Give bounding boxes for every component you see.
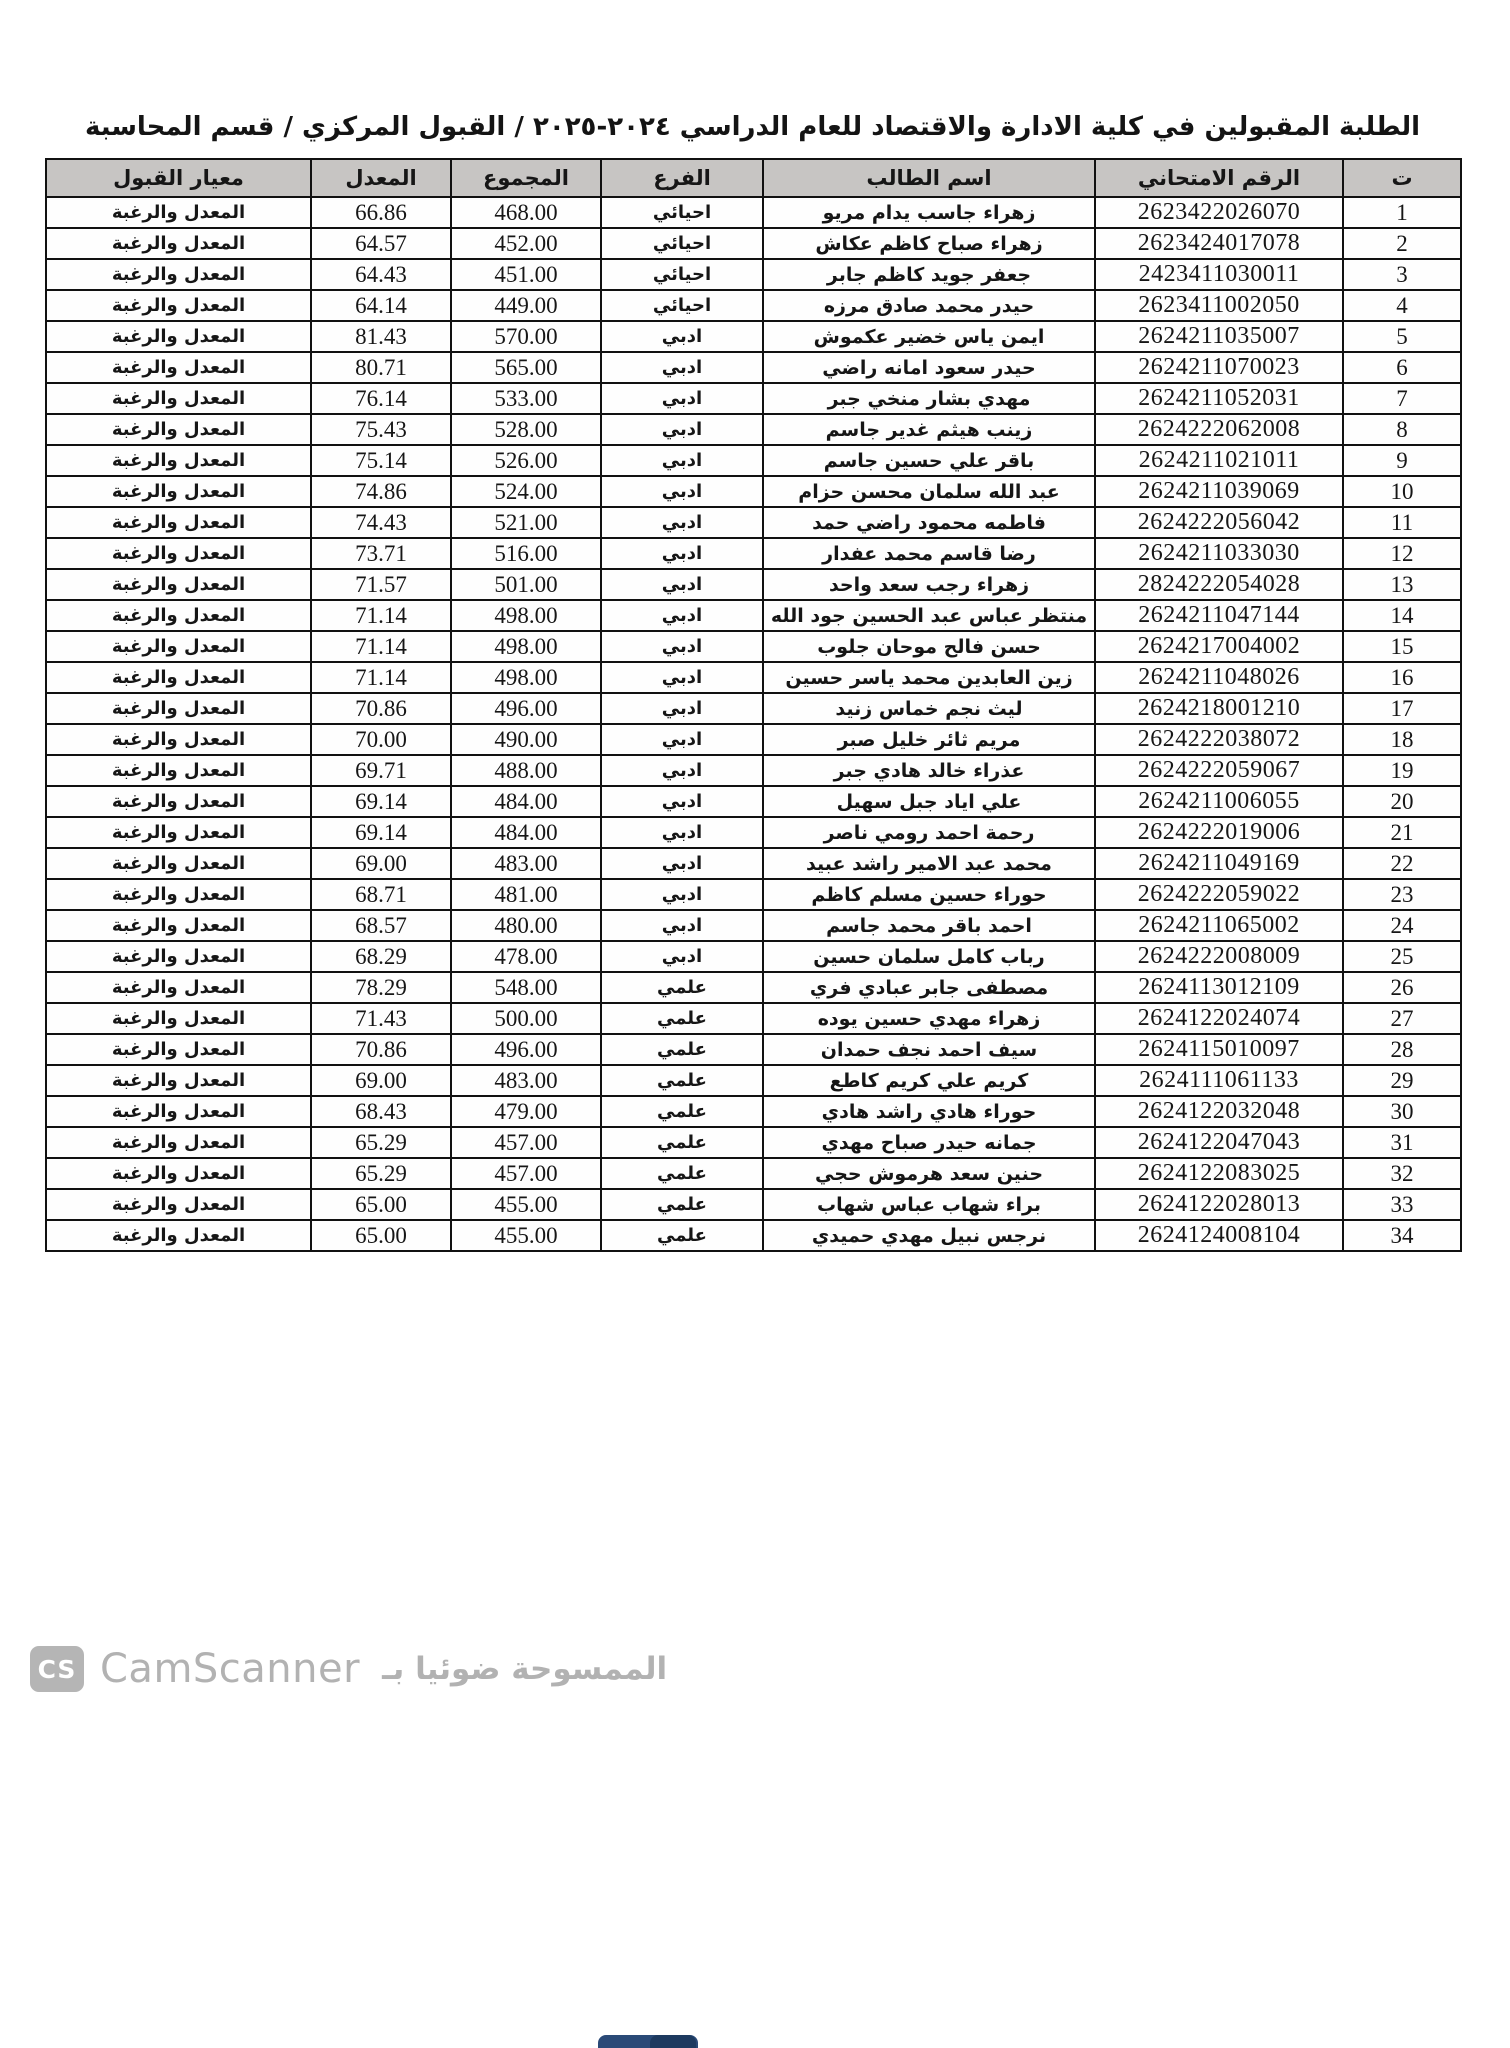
cell-branch: علمي	[601, 1096, 763, 1127]
cell-serial: 32	[1343, 1158, 1461, 1189]
cell-average: 70.00	[311, 724, 451, 755]
cell-exam-number: 2624211047144	[1095, 600, 1343, 631]
cell-branch: علمي	[601, 1220, 763, 1251]
cell-average: 75.43	[311, 414, 451, 445]
cell-branch: احيائي	[601, 197, 763, 228]
cell-average: 71.57	[311, 569, 451, 600]
page-title: الطلبة المقبولين في كلية الادارة والاقتص…	[45, 112, 1460, 142]
cell-criteria: المعدل والرغبة	[46, 321, 311, 352]
cell-average: 71.14	[311, 600, 451, 631]
cell-criteria: المعدل والرغبة	[46, 693, 311, 724]
cell-serial: 21	[1343, 817, 1461, 848]
table-row: 2 2623424017078 زهراء صباح كاظم عكاش احي…	[46, 228, 1461, 259]
cell-exam-number: 2624115010097	[1095, 1034, 1343, 1065]
cell-serial: 25	[1343, 941, 1461, 972]
table-row: 8 2624222062008 زينب هيثم غدير جاسم ادبي…	[46, 414, 1461, 445]
cell-name: مهدي بشار منخي جبر	[763, 383, 1095, 414]
cell-branch: ادبي	[601, 538, 763, 569]
table-row: 9 2624211021011 باقر علي حسين جاسم ادبي …	[46, 445, 1461, 476]
cell-branch: ادبي	[601, 941, 763, 972]
table-row: 19 2624222059067 عذراء خالد هادي جبر ادب…	[46, 755, 1461, 786]
table-row: 4 2623411002050 حيدر محمد صادق مرزه احيا…	[46, 290, 1461, 321]
cell-criteria: المعدل والرغبة	[46, 1220, 311, 1251]
cell-total: 498.00	[451, 600, 601, 631]
cell-name: حيدر سعود امانه راضي	[763, 352, 1095, 383]
table-row: 30 2624122032048 حوراء هادي راشد هادي عل…	[46, 1096, 1461, 1127]
cell-total: 570.00	[451, 321, 601, 352]
cell-branch: علمي	[601, 1158, 763, 1189]
cell-serial: 26	[1343, 972, 1461, 1003]
cell-criteria: المعدل والرغبة	[46, 1003, 311, 1034]
cell-total: 481.00	[451, 879, 601, 910]
cell-average: 69.71	[311, 755, 451, 786]
scanned-with-label: الممسوحة ضوئيا بـ	[382, 1651, 667, 1687]
cell-criteria: المعدل والرغبة	[46, 290, 311, 321]
cell-total: 483.00	[451, 1065, 601, 1096]
cell-serial: 19	[1343, 755, 1461, 786]
table-row: 12 2624211033030 رضا قاسم محمد عفدار ادب…	[46, 538, 1461, 569]
table-row: 28 2624115010097 سيف احمد نجف حمدان علمي…	[46, 1034, 1461, 1065]
cell-average: 64.57	[311, 228, 451, 259]
cell-exam-number: 2624211049169	[1095, 848, 1343, 879]
cell-exam-number: 2624222038072	[1095, 724, 1343, 755]
table-row: 7 2624211052031 مهدي بشار منخي جبر ادبي …	[46, 383, 1461, 414]
table-row: 13 2824222054028 زهراء رجب سعد واحد ادبي…	[46, 569, 1461, 600]
table-row: 25 2624222008009 رباب كامل سلمان حسين اد…	[46, 941, 1461, 972]
cell-serial: 10	[1343, 476, 1461, 507]
cell-branch: ادبي	[601, 662, 763, 693]
cell-criteria: المعدل والرغبة	[46, 879, 311, 910]
cell-exam-number: 2624211021011	[1095, 445, 1343, 476]
cell-exam-number: 2624222019006	[1095, 817, 1343, 848]
cell-name: زهراء مهدي حسين يوده	[763, 1003, 1095, 1034]
students-table-body: 1 2623422026070 زهراء جاسب يدام مريو احي…	[46, 197, 1461, 1251]
cell-serial: 1	[1343, 197, 1461, 228]
cell-total: 528.00	[451, 414, 601, 445]
cell-criteria: المعدل والرغبة	[46, 848, 311, 879]
column-header-criteria: معيار القبول	[46, 159, 311, 197]
cell-name: باقر علي حسين جاسم	[763, 445, 1095, 476]
cell-exam-number: 2624122024074	[1095, 1003, 1343, 1034]
cell-serial: 5	[1343, 321, 1461, 352]
table-row: 27 2624122024074 زهراء مهدي حسين يوده عل…	[46, 1003, 1461, 1034]
cell-total: 449.00	[451, 290, 601, 321]
cell-name: زهراء رجب سعد واحد	[763, 569, 1095, 600]
cell-name: احمد باقر محمد جاسم	[763, 910, 1095, 941]
column-header-branch: الفرع	[601, 159, 763, 197]
cell-total: 451.00	[451, 259, 601, 290]
table-row: 16 2624211048026 زين العابدين محمد ياسر …	[46, 662, 1461, 693]
cell-exam-number: 2624222059067	[1095, 755, 1343, 786]
cell-exam-number: 2624122032048	[1095, 1096, 1343, 1127]
cell-criteria: المعدل والرغبة	[46, 228, 311, 259]
cell-total: 498.00	[451, 631, 601, 662]
cell-total: 533.00	[451, 383, 601, 414]
cell-serial: 9	[1343, 445, 1461, 476]
cell-exam-number: 2824222054028	[1095, 569, 1343, 600]
cell-branch: علمي	[601, 1127, 763, 1158]
cell-serial: 13	[1343, 569, 1461, 600]
cell-average: 73.71	[311, 538, 451, 569]
table-row: 22 2624211049169 محمد عبد الامير راشد عب…	[46, 848, 1461, 879]
cell-criteria: المعدل والرغبة	[46, 724, 311, 755]
cell-name: عبد الله سلمان محسن حزام	[763, 476, 1095, 507]
cell-exam-number: 2624222008009	[1095, 941, 1343, 972]
cell-exam-number: 2624211035007	[1095, 321, 1343, 352]
cell-serial: 23	[1343, 879, 1461, 910]
cell-branch: احيائي	[601, 228, 763, 259]
cell-average: 64.14	[311, 290, 451, 321]
cell-name: رحمة احمد رومي ناصر	[763, 817, 1095, 848]
cell-total: 455.00	[451, 1189, 601, 1220]
cell-criteria: المعدل والرغبة	[46, 941, 311, 972]
cell-name: جمانه حيدر صباح مهدي	[763, 1127, 1095, 1158]
table-row: 21 2624222019006 رحمة احمد رومي ناصر ادب…	[46, 817, 1461, 848]
cell-branch: ادبي	[601, 321, 763, 352]
cell-serial: 18	[1343, 724, 1461, 755]
cell-criteria: المعدل والرغبة	[46, 507, 311, 538]
cell-average: 74.86	[311, 476, 451, 507]
cell-total: 479.00	[451, 1096, 601, 1127]
cell-criteria: المعدل والرغبة	[46, 352, 311, 383]
table-row: 17 2624218001210 ليث نجم خماس زنيد ادبي …	[46, 693, 1461, 724]
cell-average: 80.71	[311, 352, 451, 383]
cell-total: 490.00	[451, 724, 601, 755]
cell-branch: ادبي	[601, 910, 763, 941]
cell-average: 65.00	[311, 1189, 451, 1220]
cell-criteria: المعدل والرغبة	[46, 755, 311, 786]
cell-branch: ادبي	[601, 445, 763, 476]
cell-total: 496.00	[451, 693, 601, 724]
cell-average: 70.86	[311, 1034, 451, 1065]
table-row: 15 2624217004002 حسن فالح موحان جلوب ادب…	[46, 631, 1461, 662]
cell-total: 488.00	[451, 755, 601, 786]
cell-serial: 30	[1343, 1096, 1461, 1127]
cell-branch: ادبي	[601, 507, 763, 538]
cell-name: منتظر عباس عبد الحسين جود الله	[763, 600, 1095, 631]
table-row: 20 2624211006055 علي اياد جبل سهيل ادبي …	[46, 786, 1461, 817]
column-header-exam-number: الرقم الامتحاني	[1095, 159, 1343, 197]
cell-average: 70.86	[311, 693, 451, 724]
cell-average: 69.14	[311, 817, 451, 848]
cell-name: علي اياد جبل سهيل	[763, 786, 1095, 817]
cell-branch: ادبي	[601, 879, 763, 910]
cell-criteria: المعدل والرغبة	[46, 1158, 311, 1189]
cell-exam-number: 2624218001210	[1095, 693, 1343, 724]
cell-average: 75.14	[311, 445, 451, 476]
cell-average: 68.29	[311, 941, 451, 972]
cell-average: 68.71	[311, 879, 451, 910]
cell-criteria: المعدل والرغبة	[46, 662, 311, 693]
cell-name: براء شهاب عباس شهاب	[763, 1189, 1095, 1220]
cell-name: ايمن ياس خضير عكموش	[763, 321, 1095, 352]
cell-total: 526.00	[451, 445, 601, 476]
cell-name: سيف احمد نجف حمدان	[763, 1034, 1095, 1065]
cell-total: 480.00	[451, 910, 601, 941]
scan-artifact	[598, 2035, 698, 2048]
cell-total: 565.00	[451, 352, 601, 383]
cell-criteria: المعدل والرغبة	[46, 445, 311, 476]
cell-total: 484.00	[451, 817, 601, 848]
cell-exam-number: 2624111061133	[1095, 1065, 1343, 1096]
camscanner-watermark: CS CamScanner الممسوحة ضوئيا بـ	[30, 1646, 667, 1692]
cell-average: 66.86	[311, 197, 451, 228]
cell-name: حوراء هادي راشد هادي	[763, 1096, 1095, 1127]
cell-criteria: المعدل والرغبة	[46, 383, 311, 414]
cell-criteria: المعدل والرغبة	[46, 1034, 311, 1065]
cell-criteria: المعدل والرغبة	[46, 1189, 311, 1220]
table-row: 33 2624122028013 براء شهاب عباس شهاب علم…	[46, 1189, 1461, 1220]
table-row: 6 2624211070023 حيدر سعود امانه راضي ادب…	[46, 352, 1461, 383]
cell-name: حيدر محمد صادق مرزه	[763, 290, 1095, 321]
cell-name: حنين سعد هرموش حجي	[763, 1158, 1095, 1189]
cell-criteria: المعدل والرغبة	[46, 569, 311, 600]
cell-serial: 11	[1343, 507, 1461, 538]
cell-exam-number: 2624211065002	[1095, 910, 1343, 941]
cell-total: 516.00	[451, 538, 601, 569]
cell-exam-number: 2624211052031	[1095, 383, 1343, 414]
cell-serial: 29	[1343, 1065, 1461, 1096]
cell-serial: 33	[1343, 1189, 1461, 1220]
cell-serial: 20	[1343, 786, 1461, 817]
cell-total: 457.00	[451, 1158, 601, 1189]
cell-total: 483.00	[451, 848, 601, 879]
admitted-students-table: ت الرقم الامتحاني اسم الطالب الفرع المجم…	[45, 158, 1462, 1252]
cell-name: محمد عبد الامير راشد عبيد	[763, 848, 1095, 879]
cell-criteria: المعدل والرغبة	[46, 817, 311, 848]
cell-average: 69.14	[311, 786, 451, 817]
cell-total: 501.00	[451, 569, 601, 600]
cell-average: 69.00	[311, 848, 451, 879]
table-row: 34 2624124008104 نرجس نبيل مهدي حميدي عل…	[46, 1220, 1461, 1251]
cell-average: 81.43	[311, 321, 451, 352]
cell-criteria: المعدل والرغبة	[46, 1065, 311, 1096]
cell-name: زهراء صباح كاظم عكاش	[763, 228, 1095, 259]
cell-total: 498.00	[451, 662, 601, 693]
column-header-serial: ت	[1343, 159, 1461, 197]
table-header-row: ت الرقم الامتحاني اسم الطالب الفرع المجم…	[46, 159, 1461, 197]
cell-average: 74.43	[311, 507, 451, 538]
cell-total: 457.00	[451, 1127, 601, 1158]
cell-criteria: المعدل والرغبة	[46, 259, 311, 290]
cell-exam-number: 2623424017078	[1095, 228, 1343, 259]
cell-exam-number: 2624124008104	[1095, 1220, 1343, 1251]
cell-branch: علمي	[601, 1003, 763, 1034]
cell-serial: 8	[1343, 414, 1461, 445]
cell-branch: علمي	[601, 1189, 763, 1220]
cell-exam-number: 2624217004002	[1095, 631, 1343, 662]
cell-name: مصطفى جابر عبادي فري	[763, 972, 1095, 1003]
cell-average: 65.29	[311, 1158, 451, 1189]
cell-name: زين العابدين محمد ياسر حسين	[763, 662, 1095, 693]
cell-name: رباب كامل سلمان حسين	[763, 941, 1095, 972]
cell-branch: ادبي	[601, 724, 763, 755]
cell-criteria: المعدل والرغبة	[46, 786, 311, 817]
cell-exam-number: 2624122047043	[1095, 1127, 1343, 1158]
cell-average: 68.43	[311, 1096, 451, 1127]
column-header-average: المعدل	[311, 159, 451, 197]
cell-name: حسن فالح موحان جلوب	[763, 631, 1095, 662]
cell-criteria: المعدل والرغبة	[46, 1127, 311, 1158]
table-row: 10 2624211039069 عبد الله سلمان محسن حزا…	[46, 476, 1461, 507]
cell-branch: ادبي	[601, 755, 763, 786]
cell-criteria: المعدل والرغبة	[46, 538, 311, 569]
cell-serial: 16	[1343, 662, 1461, 693]
cell-serial: 34	[1343, 1220, 1461, 1251]
cell-serial: 27	[1343, 1003, 1461, 1034]
cell-name: زينب هيثم غدير جاسم	[763, 414, 1095, 445]
cell-branch: ادبي	[601, 848, 763, 879]
cell-branch: ادبي	[601, 383, 763, 414]
cell-serial: 28	[1343, 1034, 1461, 1065]
cell-branch: ادبي	[601, 817, 763, 848]
cell-total: 524.00	[451, 476, 601, 507]
cell-criteria: المعدل والرغبة	[46, 631, 311, 662]
cell-serial: 24	[1343, 910, 1461, 941]
cell-branch: ادبي	[601, 600, 763, 631]
cell-average: 64.43	[311, 259, 451, 290]
cell-criteria: المعدل والرغبة	[46, 476, 311, 507]
cell-branch: ادبي	[601, 786, 763, 817]
cell-name: حوراء حسين مسلم كاظم	[763, 879, 1095, 910]
cell-serial: 31	[1343, 1127, 1461, 1158]
cell-branch: ادبي	[601, 352, 763, 383]
cell-exam-number: 2624211033030	[1095, 538, 1343, 569]
cell-total: 548.00	[451, 972, 601, 1003]
camscanner-logo-icon: CS	[30, 1646, 84, 1692]
cell-average: 65.00	[311, 1220, 451, 1251]
cell-exam-number: 2623422026070	[1095, 197, 1343, 228]
cell-branch: ادبي	[601, 414, 763, 445]
table-row: 11 2624222056042 فاطمه محمود راضي حمد اد…	[46, 507, 1461, 538]
cell-average: 68.57	[311, 910, 451, 941]
cell-exam-number: 2624211039069	[1095, 476, 1343, 507]
cell-total: 455.00	[451, 1220, 601, 1251]
cell-criteria: المعدل والرغبة	[46, 910, 311, 941]
cell-exam-number: 2623411002050	[1095, 290, 1343, 321]
cell-branch: ادبي	[601, 476, 763, 507]
cell-total: 468.00	[451, 197, 601, 228]
cell-exam-number: 2624222062008	[1095, 414, 1343, 445]
cell-branch: علمي	[601, 972, 763, 1003]
table-row: 32 2624122083025 حنين سعد هرموش حجي علمي…	[46, 1158, 1461, 1189]
cell-name: جعفر جويد كاظم جابر	[763, 259, 1095, 290]
cell-exam-number: 2423411030011	[1095, 259, 1343, 290]
cell-average: 71.14	[311, 631, 451, 662]
cell-exam-number: 2624122028013	[1095, 1189, 1343, 1220]
cell-exam-number: 2624211006055	[1095, 786, 1343, 817]
cell-branch: ادبي	[601, 569, 763, 600]
cell-average: 76.14	[311, 383, 451, 414]
cell-criteria: المعدل والرغبة	[46, 600, 311, 631]
table-row: 14 2624211047144 منتظر عباس عبد الحسين ج…	[46, 600, 1461, 631]
cell-total: 500.00	[451, 1003, 601, 1034]
table-row: 31 2624122047043 جمانه حيدر صباح مهدي عل…	[46, 1127, 1461, 1158]
cell-name: زهراء جاسب يدام مريو	[763, 197, 1095, 228]
table-row: 29 2624111061133 كريم علي كريم كاطع علمي…	[46, 1065, 1461, 1096]
cell-criteria: المعدل والرغبة	[46, 972, 311, 1003]
cell-exam-number: 2624122083025	[1095, 1158, 1343, 1189]
cell-exam-number: 2624222059022	[1095, 879, 1343, 910]
cell-serial: 22	[1343, 848, 1461, 879]
cell-serial: 3	[1343, 259, 1461, 290]
table-row: 26 2624113012109 مصطفى جابر عبادي فري عل…	[46, 972, 1461, 1003]
cell-average: 69.00	[311, 1065, 451, 1096]
cell-branch: احيائي	[601, 259, 763, 290]
table-row: 5 2624211035007 ايمن ياس خضير عكموش ادبي…	[46, 321, 1461, 352]
cell-average: 78.29	[311, 972, 451, 1003]
cell-exam-number: 2624222056042	[1095, 507, 1343, 538]
cell-average: 65.29	[311, 1127, 451, 1158]
cell-total: 478.00	[451, 941, 601, 972]
cell-name: ليث نجم خماس زنيد	[763, 693, 1095, 724]
cell-exam-number: 2624113012109	[1095, 972, 1343, 1003]
table-row: 23 2624222059022 حوراء حسين مسلم كاظم اد…	[46, 879, 1461, 910]
table-row: 18 2624222038072 مريم ثائر خليل صبر ادبي…	[46, 724, 1461, 755]
cell-criteria: المعدل والرغبة	[46, 414, 311, 445]
scanned-document-page: { "page": { "title": "الطلبة المقبولين ف…	[0, 0, 1510, 2048]
cell-branch: علمي	[601, 1065, 763, 1096]
cell-name: عذراء خالد هادي جبر	[763, 755, 1095, 786]
cell-name: نرجس نبيل مهدي حميدي	[763, 1220, 1095, 1251]
table-row: 24 2624211065002 احمد باقر محمد جاسم ادب…	[46, 910, 1461, 941]
cell-branch: ادبي	[601, 631, 763, 662]
cell-branch: احيائي	[601, 290, 763, 321]
cell-average: 71.14	[311, 662, 451, 693]
cell-average: 71.43	[311, 1003, 451, 1034]
cell-serial: 17	[1343, 693, 1461, 724]
cell-criteria: المعدل والرغبة	[46, 197, 311, 228]
cell-serial: 2	[1343, 228, 1461, 259]
cell-name: كريم علي كريم كاطع	[763, 1065, 1095, 1096]
cell-total: 521.00	[451, 507, 601, 538]
cell-exam-number: 2624211070023	[1095, 352, 1343, 383]
cell-exam-number: 2624211048026	[1095, 662, 1343, 693]
cell-serial: 6	[1343, 352, 1461, 383]
document-body: الطلبة المقبولين في كلية الادارة والاقتص…	[0, 0, 1510, 1252]
cell-serial: 4	[1343, 290, 1461, 321]
cell-branch: علمي	[601, 1034, 763, 1065]
cell-total: 496.00	[451, 1034, 601, 1065]
cell-name: فاطمه محمود راضي حمد	[763, 507, 1095, 538]
table-row: 1 2623422026070 زهراء جاسب يدام مريو احي…	[46, 197, 1461, 228]
cell-branch: ادبي	[601, 693, 763, 724]
column-header-name: اسم الطالب	[763, 159, 1095, 197]
cell-serial: 7	[1343, 383, 1461, 414]
table-row: 3 2423411030011 جعفر جويد كاظم جابر احيا…	[46, 259, 1461, 290]
camscanner-brand: CamScanner	[100, 1646, 360, 1692]
cell-criteria: المعدل والرغبة	[46, 1096, 311, 1127]
cell-name: مريم ثائر خليل صبر	[763, 724, 1095, 755]
cell-total: 484.00	[451, 786, 601, 817]
column-header-total: المجموع	[451, 159, 601, 197]
cell-serial: 12	[1343, 538, 1461, 569]
cell-total: 452.00	[451, 228, 601, 259]
cell-name: رضا قاسم محمد عفدار	[763, 538, 1095, 569]
cell-serial: 14	[1343, 600, 1461, 631]
cell-serial: 15	[1343, 631, 1461, 662]
